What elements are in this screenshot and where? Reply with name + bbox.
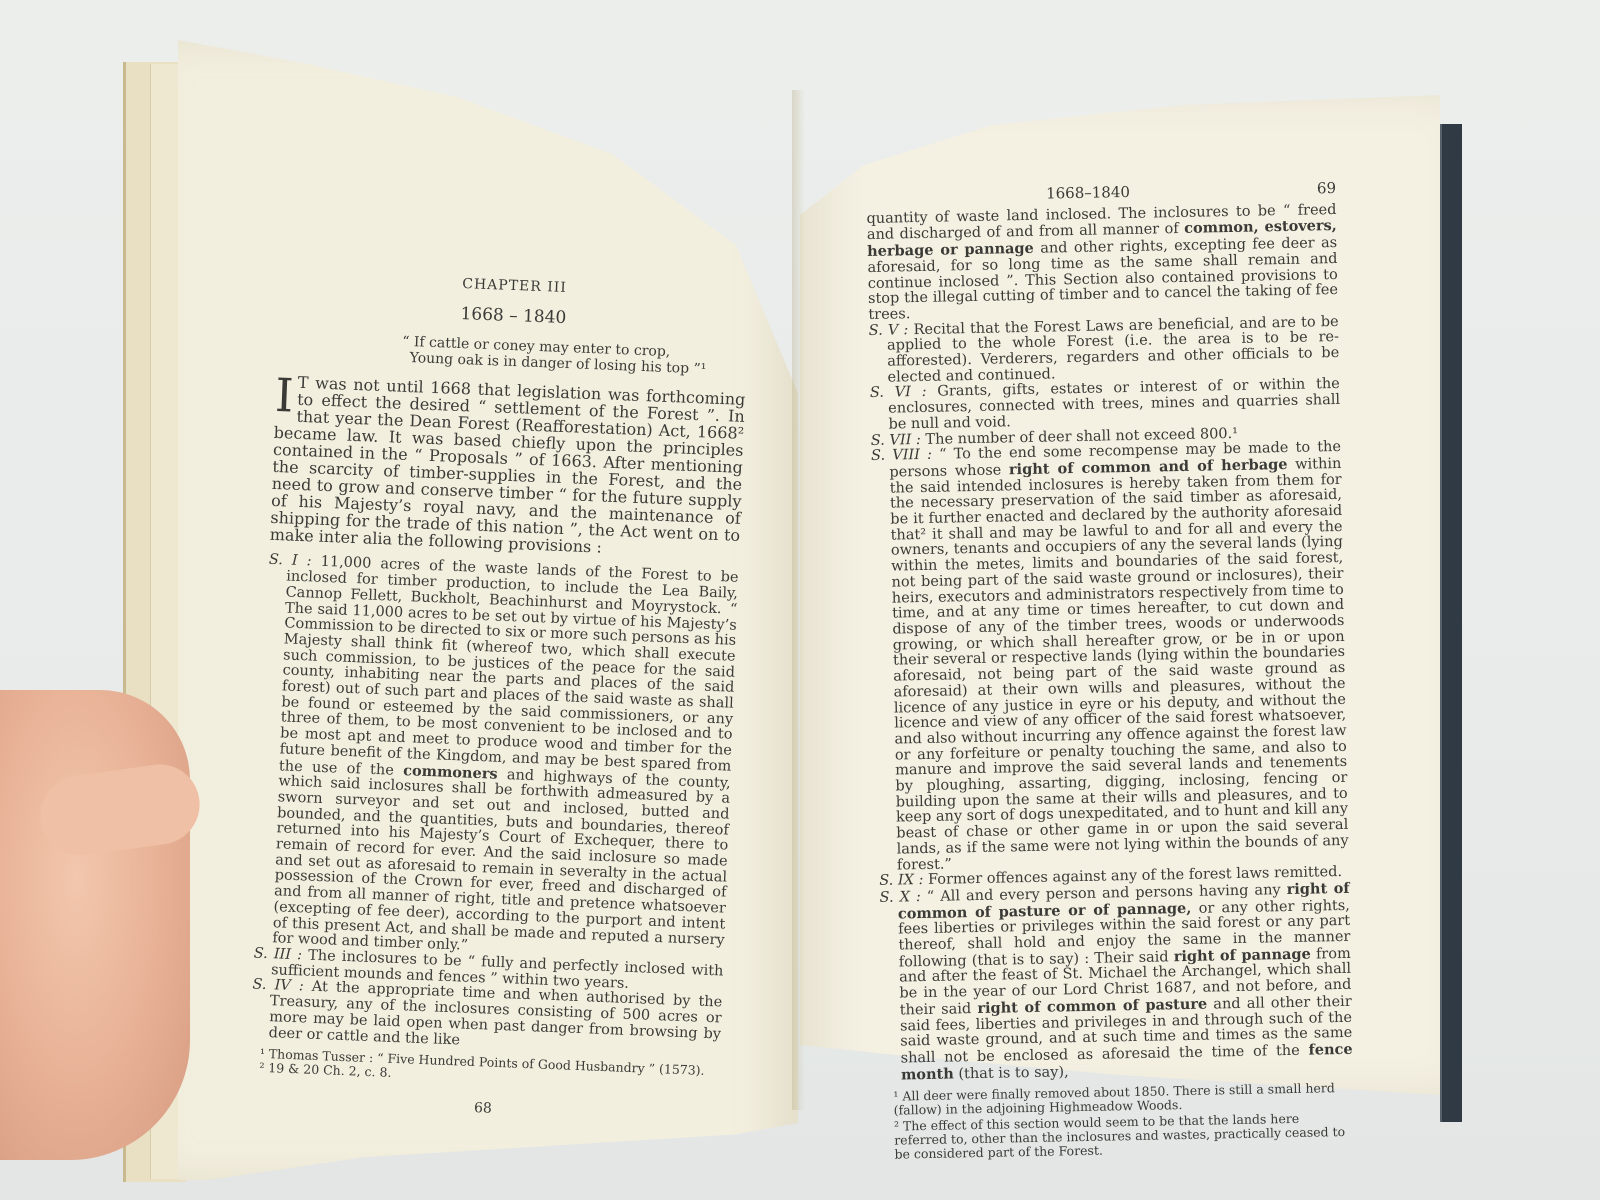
section-label: S. I : <box>269 552 312 570</box>
section-text: 11,000 acres of the waste lands of the F… <box>279 554 739 778</box>
footnote: ² The effect of this section would seem … <box>884 1111 1355 1162</box>
section-label: S. III : <box>253 945 302 963</box>
section-label: S. VI : <box>870 384 927 401</box>
section-item: S. X : “ All and every person and person… <box>879 881 1353 1084</box>
section-label: S. IV : <box>252 977 304 995</box>
running-head-title: 1668–1840 <box>1046 185 1130 202</box>
dropcap: I <box>274 375 294 416</box>
section-label: S. X : <box>879 889 921 906</box>
chapter-title: 1668 – 1840 <box>278 300 748 334</box>
page-number: 69 <box>1317 181 1336 197</box>
section-list: S. V : Recital that the Forest Laws are … <box>869 315 1354 1085</box>
right-page-text: 1668–1840 69 quantity of waste land incl… <box>866 181 1355 1162</box>
section-item: S. I : 11,000 acres of the waste lands o… <box>254 553 739 964</box>
section-list: S. I : 11,000 acres of the waste lands o… <box>250 553 738 1058</box>
section-text: (that is to say), <box>958 1064 1069 1082</box>
hand <box>0 690 190 1160</box>
section-text: within the said intended inclosures is h… <box>890 456 1349 873</box>
intro-text: T was not until 1668 that legislation wa… <box>269 373 745 557</box>
section-text: Recital that the Forest Laws are benefic… <box>887 314 1340 386</box>
book-gutter <box>792 90 808 1110</box>
book-cover-edge <box>1440 124 1462 1122</box>
section-item: S. V : Recital that the Forest Laws are … <box>869 315 1340 387</box>
section-label: S. IX : <box>879 872 923 889</box>
intro-paragraph: I T was not until 1668 that legislation … <box>270 373 746 561</box>
section-label: S. VII : <box>871 432 921 449</box>
left-page-text: CHAPTER III 1668 – 1840 “ If cattle or c… <box>248 270 750 1126</box>
epigraph: “ If cattle or coney may enter to crop, … <box>401 334 747 379</box>
section-text: and highways of the county, which said i… <box>272 767 731 954</box>
section-item: S. VIII : “ To the end some recompense m… <box>871 440 1349 874</box>
continuation-paragraph: quantity of waste land inclosed. The inc… <box>866 203 1338 324</box>
section-label: S. VIII : <box>871 447 932 464</box>
section-label: S. V : <box>869 322 909 339</box>
section-text: Grants, gifts, estates or interest of or… <box>888 376 1340 432</box>
